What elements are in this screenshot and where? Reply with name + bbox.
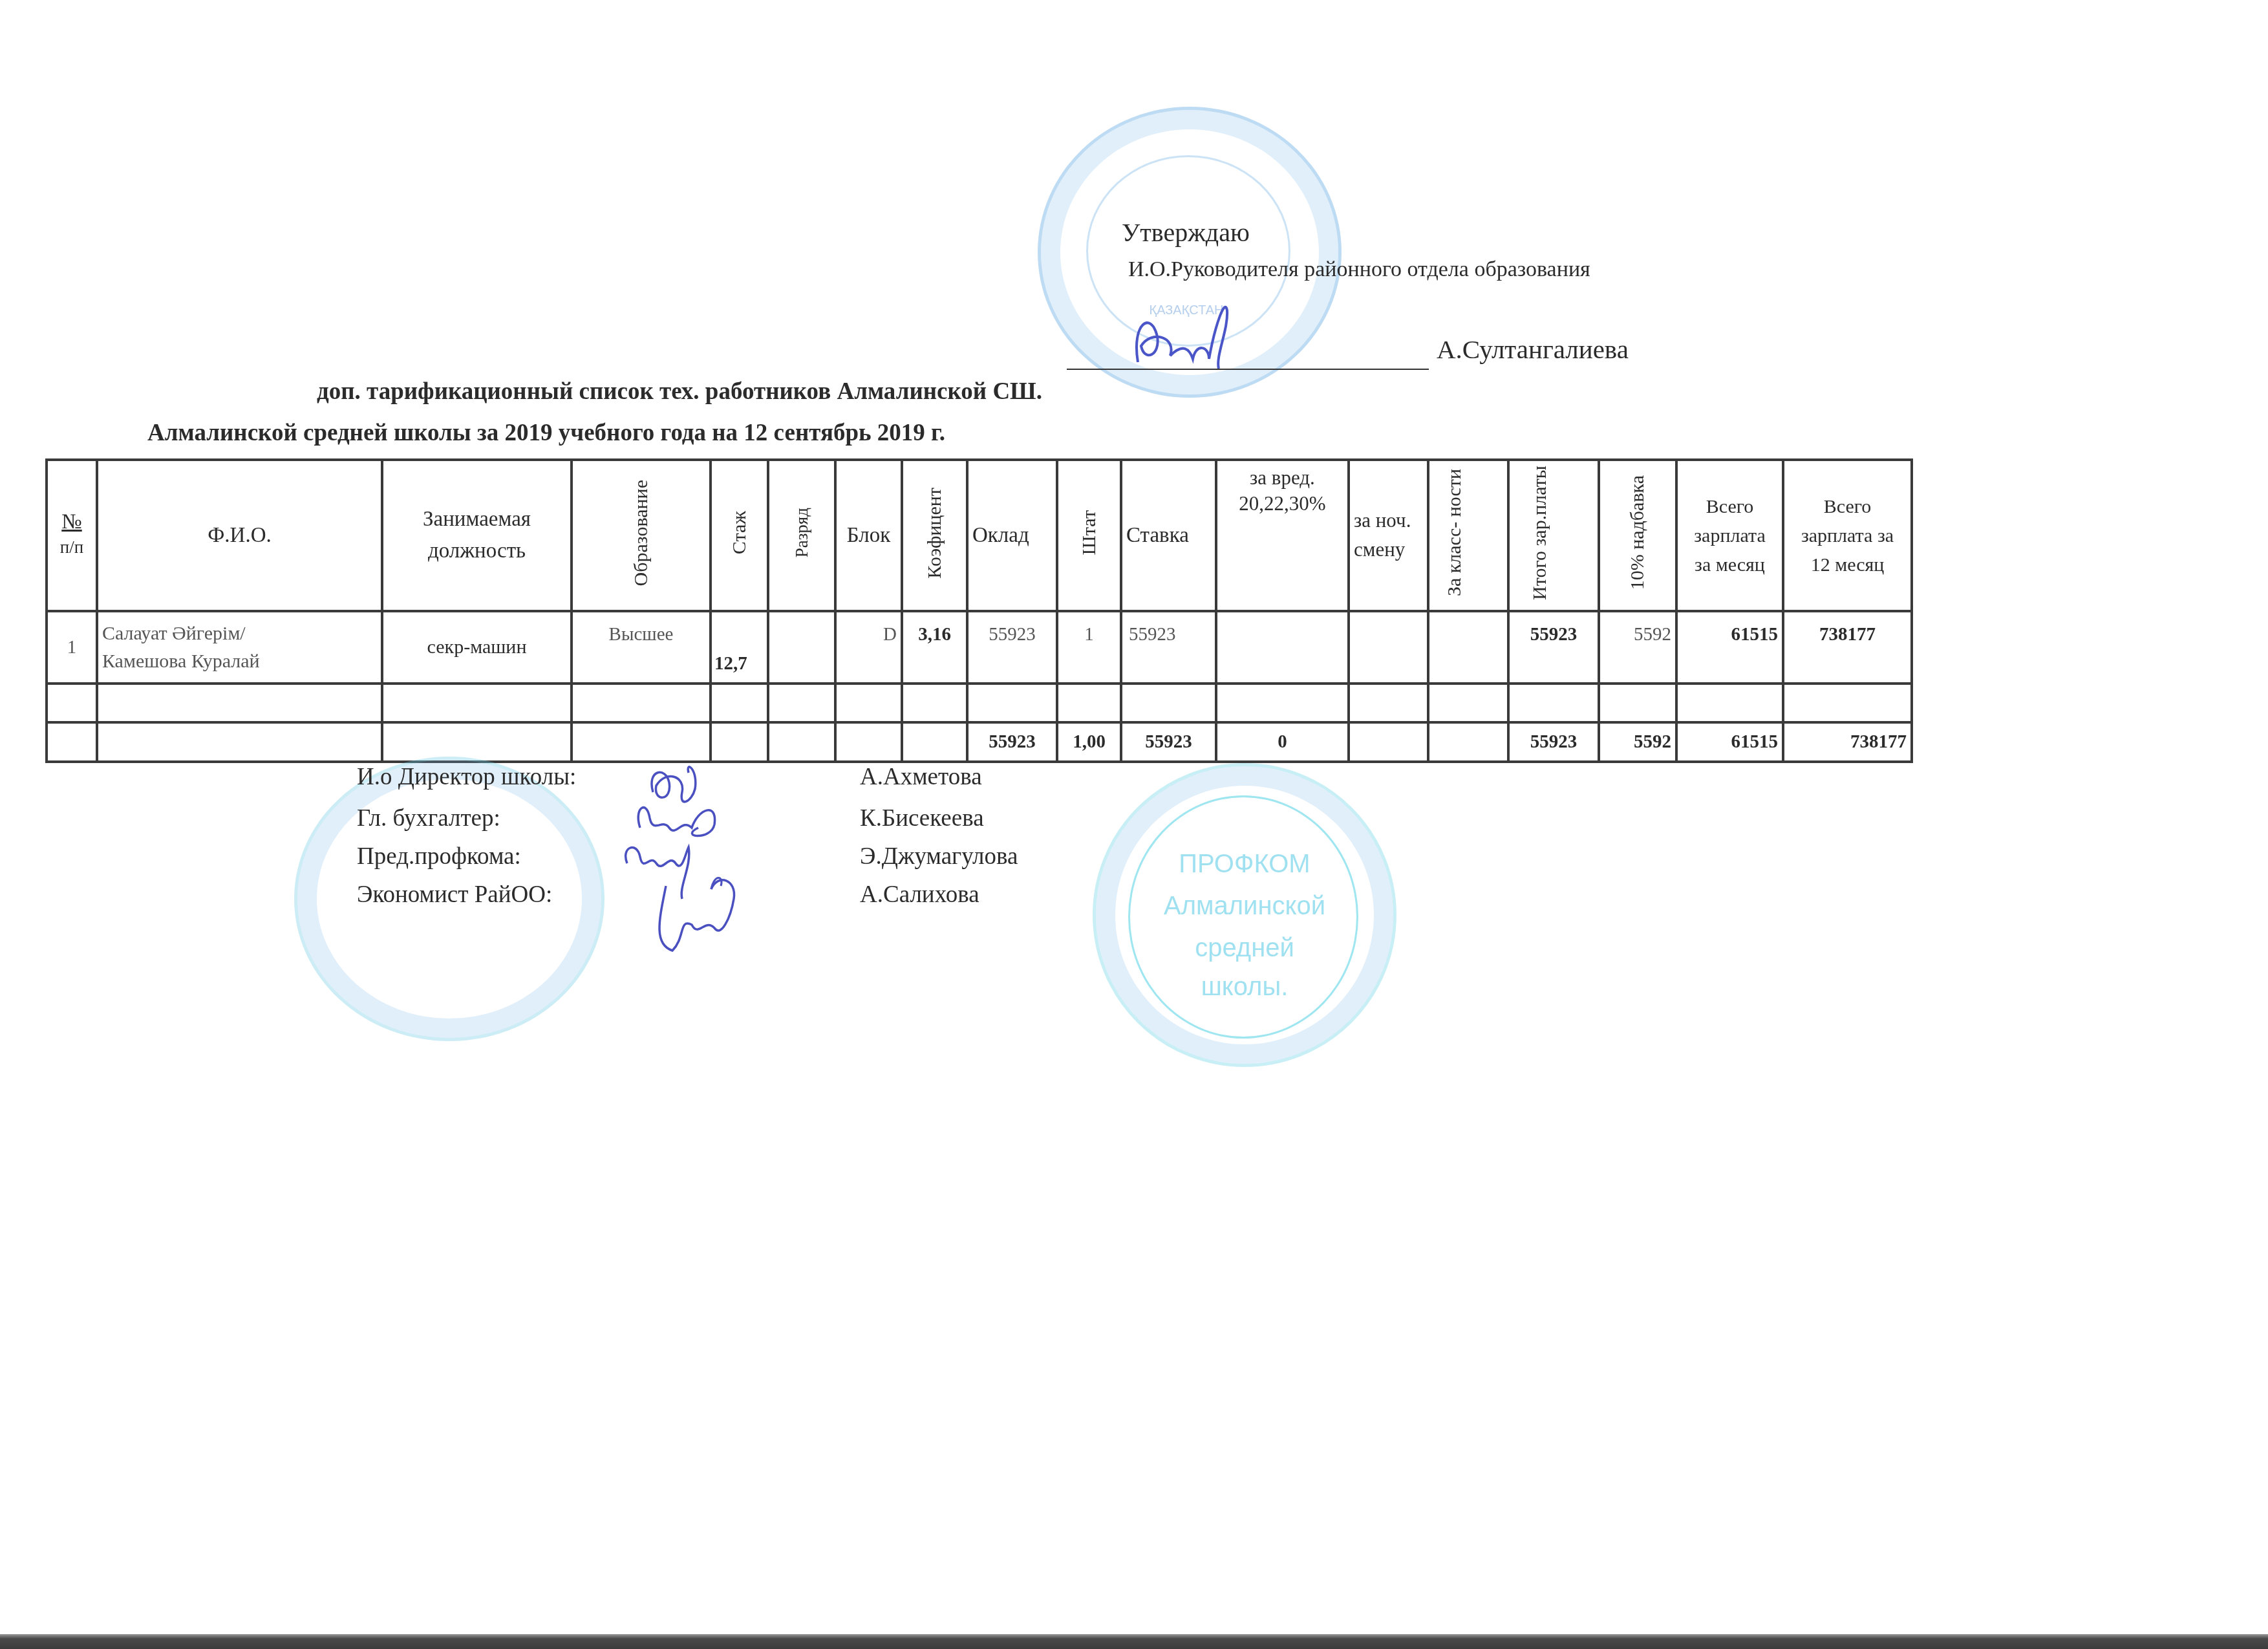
profkom-stamp-line1: ПРОФКОМ	[1161, 850, 1329, 878]
approval-title: Утверждаю	[1122, 217, 1250, 248]
total-itogo: 55923	[1508, 722, 1599, 762]
document-title: доп. тарификационный список тех. работни…	[317, 378, 1042, 405]
table-row: 1 Салауат Әйгерім/Камешова Куралай секр-…	[47, 611, 1912, 684]
header-harmful: за вред. 20,22,30%	[1216, 460, 1349, 611]
signature-role-profkom: Пред.профкома:	[357, 843, 521, 870]
table-totals-row: 55923 1,00 55923 0 55923 5592 61515 7381…	[47, 722, 1912, 762]
header-position: Занимаемая должность	[382, 460, 572, 611]
cell-position: секр-машин	[382, 611, 572, 684]
total-stavka: 55923	[1121, 722, 1216, 762]
signature-role-accountant: Гл. бухгалтер:	[357, 804, 500, 832]
approval-name: А.Султангалиева	[1437, 334, 1629, 365]
profkom-stamp-line4: школы.	[1161, 973, 1329, 1000]
cell-education: Высшее	[572, 611, 711, 684]
total-year: 738177	[1783, 722, 1912, 762]
header-koef: Коэфицент	[902, 460, 967, 611]
signature-name-director: А.Ахметова	[860, 763, 982, 791]
header-night: за ноч. смену	[1349, 460, 1428, 611]
header-shtat: Штат	[1057, 460, 1121, 611]
cell-blok: D	[835, 611, 902, 684]
signature-name-economist: А.Салихова	[860, 881, 979, 909]
total-harmful: 0	[1216, 722, 1349, 762]
scan-edge	[0, 1634, 2268, 1649]
approval-position: И.О.Руководителя районного отдела образо…	[1128, 257, 1590, 282]
header-class: За класс- ности	[1428, 460, 1508, 611]
header-oklad: Оклад	[967, 460, 1057, 611]
cell-bonus: 5592	[1599, 611, 1676, 684]
total-shtat: 1,00	[1057, 722, 1121, 762]
profkom-stamp: ПРОФКОМ Алмалинской средней школы.	[1093, 763, 1396, 1067]
signature-role-director: И.о Директор школы:	[357, 763, 576, 791]
cell-shtat: 1	[1057, 611, 1121, 684]
header-total-month: Всего зарплата за месяц	[1676, 460, 1783, 611]
document-subtitle: Алмалинской средней школы за 2019 учебно…	[147, 419, 945, 447]
profkom-stamp-line3: средней	[1161, 934, 1329, 962]
cell-total-month: 61515	[1676, 611, 1783, 684]
header-razryad: Разряд	[768, 460, 835, 611]
cell-koef: 3,16	[902, 611, 967, 684]
tariff-table: №п/п Ф.И.О. Занимаемая должность Образов…	[45, 458, 1913, 763]
cell-fio: Салауат Әйгерім/Камешова Куралай	[97, 611, 382, 684]
cell-harmful	[1216, 611, 1349, 684]
cell-razryad	[768, 611, 835, 684]
cell-stazh: 12,7	[711, 611, 768, 684]
cell-total-year: 738177	[1783, 611, 1912, 684]
header-stazh: Стаж	[711, 460, 768, 611]
cell-itogo: 55923	[1508, 611, 1599, 684]
header-itogo: Итого зар.платы	[1508, 460, 1599, 611]
header-blok: Блок	[835, 460, 902, 611]
approval-signature-line	[1067, 369, 1429, 370]
header-fio: Ф.И.О.	[97, 460, 382, 611]
total-month: 61515	[1676, 722, 1783, 762]
signature-role-economist: Экономист РайОО:	[357, 881, 552, 909]
signature-name-profkom: Э.Джумагулова	[860, 843, 1018, 870]
signature-name-accountant: К.Бисекеева	[860, 804, 984, 832]
cell-stavka: 55923	[1121, 611, 1216, 684]
cell-oklad: 55923	[967, 611, 1057, 684]
table-header-row: №п/п Ф.И.О. Занимаемая должность Образов…	[47, 460, 1912, 611]
cell-class	[1428, 611, 1508, 684]
header-total-year: Всего зарплата за 12 месяц	[1783, 460, 1912, 611]
approval-signature	[1112, 285, 1241, 382]
total-bonus: 5592	[1599, 722, 1676, 762]
header-education: Образование	[572, 460, 711, 611]
header-bonus: 10% надбавка	[1599, 460, 1676, 611]
header-stavka: Ставка	[1121, 460, 1216, 611]
profkom-stamp-line2: Алмалинской	[1148, 892, 1342, 920]
cell-num: 1	[47, 611, 97, 684]
header-num: №п/п	[47, 460, 97, 611]
cell-night	[1349, 611, 1428, 684]
table-row-empty	[47, 684, 1912, 722]
handwritten-signatures	[601, 757, 808, 970]
total-oklad: 55923	[967, 722, 1057, 762]
